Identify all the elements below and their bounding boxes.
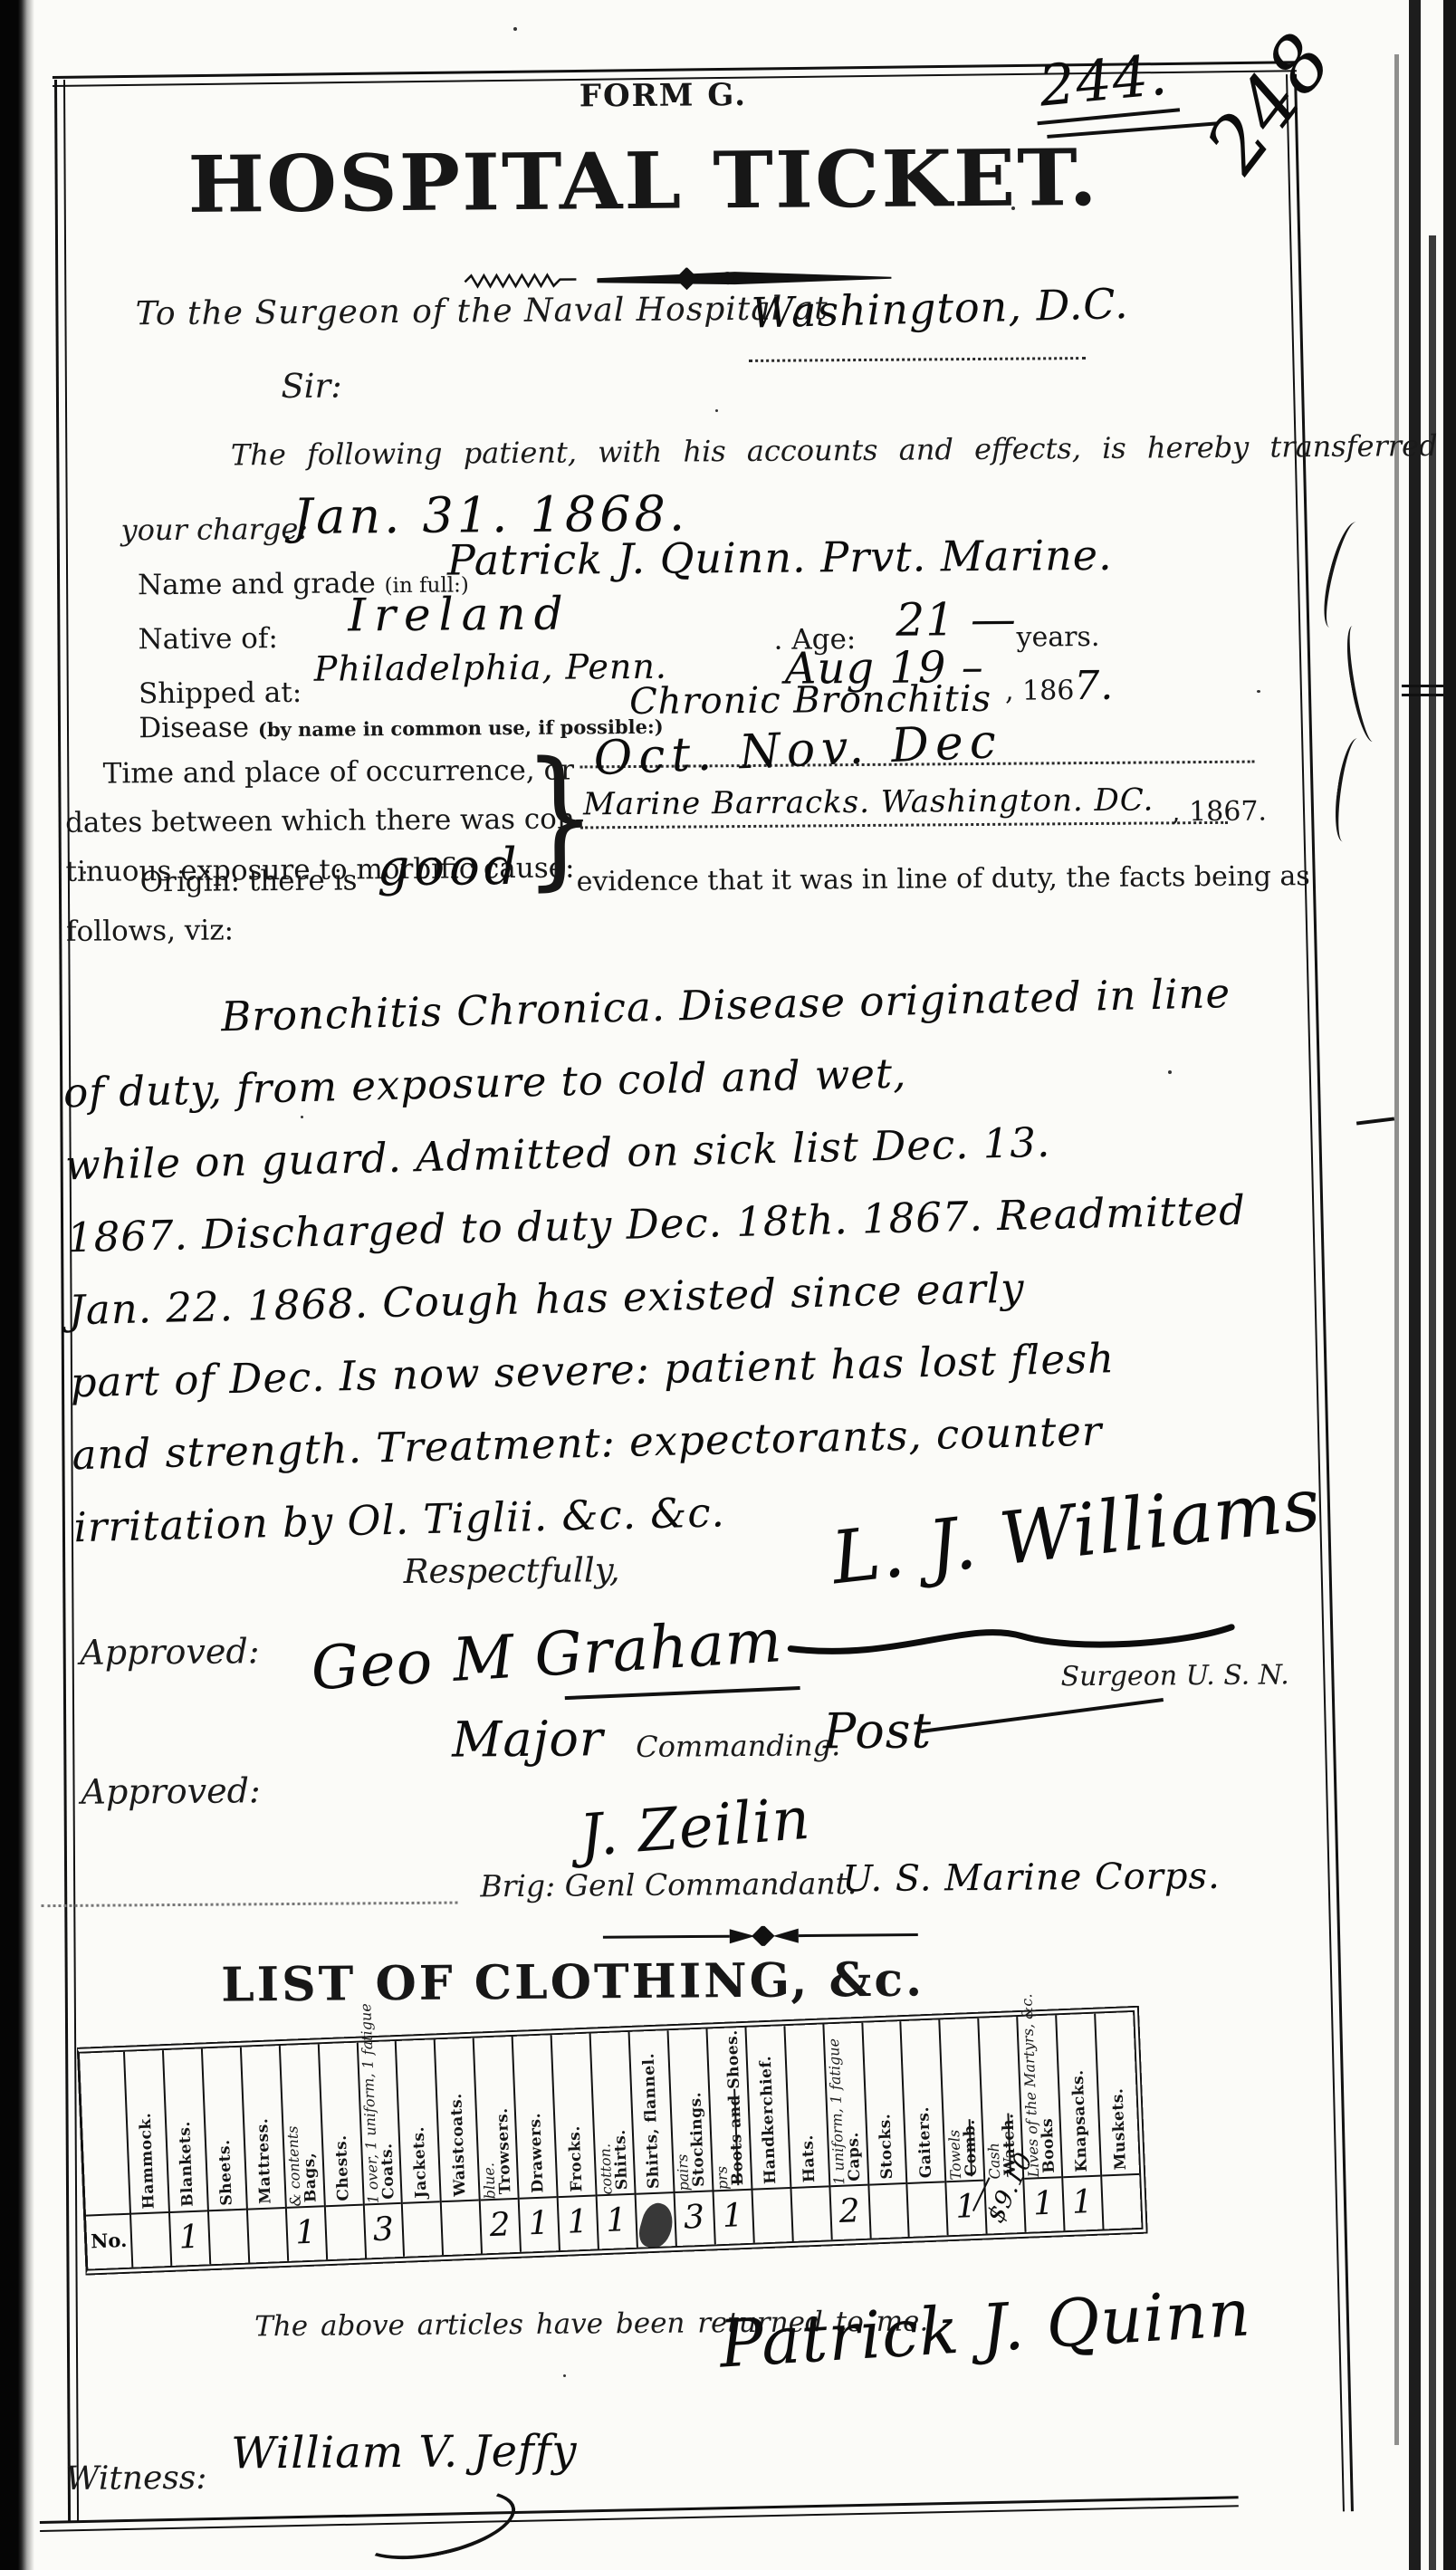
- timeplace-label-line2: dates between which there was con-: [65, 802, 584, 839]
- clothing-column-value: [869, 2182, 908, 2239]
- salutation-prefix: To the Surgeon of the Naval Hospital at: [136, 290, 829, 332]
- clothing-column-label: Books: [1038, 2118, 1058, 2178]
- clothing-column-header: Gaiters.: [902, 2019, 945, 2182]
- clothing-column-label: Gaiters.: [915, 2106, 935, 2182]
- clothing-title: LIST OF CLOTHING, &c.: [221, 1952, 924, 2013]
- clothing-column-value: [325, 2204, 364, 2260]
- clothing-column-value: [248, 2207, 287, 2263]
- clothing-column-label: Hats.: [799, 2134, 819, 2187]
- clothing-column-label: Shirts, flannel.: [640, 2053, 664, 2193]
- approval1-label: Approved:: [80, 1631, 260, 1673]
- clothing-column-label: Shirts.: [610, 2129, 631, 2194]
- origin-prefix: Origin: there is: [139, 864, 357, 898]
- clothing-column-header: Hammock.: [125, 2050, 168, 2212]
- origin-value: good: [377, 838, 522, 897]
- name-value: Patrick J. Quinn. Prvt. Marine.: [447, 531, 1113, 585]
- clothing-column-value: 2: [481, 2198, 520, 2254]
- shipped-value: Philadelphia, Penn.: [314, 647, 667, 689]
- timeplace-year: , 1867.: [1172, 795, 1267, 828]
- clothing-column-label: Waistcoats.: [447, 2093, 470, 2201]
- clothing-column-note: 1 uniform, 1 fatigue: [828, 2038, 846, 2185]
- clothing-column-note: cotton.: [599, 2143, 613, 2194]
- clothing-column-header: Lives of the Martyrs, &c.Books: [1018, 2015, 1061, 2177]
- approval1-signature-tail: [565, 1686, 800, 1700]
- clothing-column-label: Trowsers.: [493, 2107, 514, 2198]
- row-label: No.: [86, 2213, 131, 2269]
- clothing-column-header: prsBoots and Shoes.: [707, 2028, 751, 2190]
- clothing-column-header: 1 over, 1 uniform, 1 fatigueCoats.: [358, 2041, 401, 2203]
- page-title: HOSPITAL TICKET.: [97, 131, 1190, 231]
- salutation-location: Washington, D.C.: [751, 279, 1129, 338]
- statement-line: irritation by Ol. Tiglii. &c. &c.: [73, 1488, 725, 1551]
- clothing-column-label: Muskets.: [1108, 2088, 1130, 2174]
- clothing-column-label: Coats.: [378, 2143, 398, 2203]
- clothing-column-header: blue.Trowsers.: [474, 2037, 518, 2199]
- section-ornament: [603, 1925, 920, 1948]
- statement-line: of duty, from exposure to cold and wet,: [63, 1049, 907, 1117]
- origin-suffix: evidence that it was in line of duty, th…: [577, 860, 1310, 897]
- clothing-column-label: Hammock.: [137, 2112, 158, 2212]
- origin-suffix2: follows, viz:: [66, 914, 234, 947]
- clothing-column-label: Handkerchief.: [757, 2056, 781, 2189]
- clothing-column-label: Comb.: [960, 2119, 981, 2181]
- returned-signature: Patrick J. Quinn: [717, 2274, 1253, 2382]
- approval1-suffix: Post: [823, 1702, 933, 1760]
- name-label-text: Name and grade: [138, 567, 376, 601]
- clothing-column-value: 1: [598, 2193, 637, 2249]
- approval2-printed: Brig: Genl Commandant.: [480, 1865, 857, 1904]
- clothing-column-header: Sheets.: [203, 2047, 246, 2210]
- approval1-printed: Commanding.: [636, 1728, 840, 1764]
- clothing-column-value: 1: [1063, 2175, 1102, 2231]
- clothing-column-label: Frocks.: [565, 2125, 586, 2196]
- clothing-column-label: Stockings.: [687, 2092, 709, 2191]
- witness-label: Witness:: [65, 2460, 206, 2498]
- clothing-column-value: 1: [520, 2196, 559, 2252]
- clothing-table: No. Hammock.Blankets.1Sheets.Mattress.& …: [77, 2006, 1148, 2276]
- statement-line: Bronchitis Chronica. Disease originated …: [221, 969, 1231, 1040]
- clothing-column-value: 3: [675, 2190, 714, 2246]
- clothing-column-value: [791, 2185, 830, 2241]
- clothing-column-label: Drawers.: [526, 2113, 548, 2197]
- clothing-column-label: Jackets.: [409, 2125, 430, 2201]
- shipped-year-printed: , 186: [1005, 675, 1075, 707]
- clothing-column-label: Caps.: [844, 2131, 864, 2184]
- witness-name: William V. Jeffy: [231, 2426, 578, 2479]
- clothing-column-header: Jackets.: [397, 2039, 440, 2201]
- approval2-suffix: U. S. Marine Corps.: [842, 1856, 1221, 1900]
- statement-line: 1867. Discharged to duty Dec. 18th. 1867…: [66, 1186, 1246, 1262]
- timeplace-dotted-line2: [580, 821, 1228, 829]
- clothing-column-header: Blankets.: [164, 2048, 207, 2210]
- approval1-flourish: [921, 1698, 1164, 1733]
- clothing-column-value: [131, 2211, 170, 2268]
- clothing-column-header: Hats.: [785, 2025, 829, 2187]
- clothing-column-header: Knapsacks.: [1057, 2014, 1100, 2176]
- disease-value: Chronic Bronchitis: [629, 678, 991, 723]
- clothing-column-header: TowelsComb.: [941, 2019, 984, 2181]
- clothing-row-label-column: No.: [80, 2052, 131, 2269]
- clothing-column-header: cotton.Shirts.: [591, 2032, 635, 2194]
- medical-statement: Bronchitis Chronica. Disease originated …: [62, 968, 1279, 1576]
- corner-number: 248: [1189, 17, 1349, 188]
- clothing-column-value: [403, 2201, 442, 2257]
- clothing-column-label: Bags,: [301, 2152, 321, 2206]
- clothing-column-value: 1: [287, 2205, 326, 2261]
- clothing-column-header: Chests.: [319, 2043, 362, 2205]
- shipped-year: , 1867.: [1005, 663, 1115, 710]
- clothing-column-value: 1: [170, 2210, 209, 2266]
- clothing-column-note: blue.: [483, 2162, 497, 2200]
- timeplace-value2: Marine Barracks. Washington. DC.: [583, 782, 1154, 822]
- clothing-column-note: Cash: [987, 2143, 1001, 2180]
- faint-dotted-mark: [42, 1902, 458, 1908]
- statement-line: Jan. 22. 1868. Cough has existed since e…: [68, 1263, 1025, 1334]
- clothing-column-value: 1: [714, 2189, 752, 2245]
- native-value: Ireland: [348, 588, 571, 642]
- statement-line: part of Dec. Is now severe: patient has …: [70, 1334, 1116, 1406]
- clothing-column-value: 1: [559, 2194, 598, 2250]
- clothing-column-header: Mattress.: [242, 2046, 285, 2208]
- shipped-label: Shipped at:: [139, 676, 302, 710]
- form-label: FORM G.: [580, 77, 747, 114]
- clothing-column-value: [442, 2200, 481, 2256]
- timeplace-label-line1: Time and place of occurrence, or: [103, 754, 575, 791]
- empty-header-cell: [80, 2052, 129, 2215]
- clothing-column: Muskets.: [1094, 2012, 1141, 2230]
- shipped-year-hand: 7.: [1074, 663, 1114, 709]
- age-value: 21 —: [896, 593, 1017, 647]
- clothing-column-header: Waistcoats.: [436, 2038, 479, 2201]
- age-suffix: years.: [1016, 621, 1099, 654]
- surgeon-title: Surgeon U. S. N.: [1060, 1659, 1288, 1693]
- clothing-column-note: 1 over, 1 uniform, 1 fatigue: [359, 2003, 380, 2204]
- clothing-column-value: [908, 2181, 947, 2237]
- clothing-column-value: 3: [364, 2202, 403, 2258]
- salutation-dotted-line: [749, 357, 1086, 362]
- clothing-column-header: pairsStockings.: [668, 2029, 712, 2191]
- clothing-column-header: Drawers.: [513, 2035, 557, 2197]
- clothing-column-value: [209, 2209, 248, 2265]
- clothing-column-header: Shirts, flannel.: [630, 2030, 674, 2192]
- scanned-hospital-ticket: FORM G. 244. 248 HOSPITAL TICKET. To the…: [0, 0, 1456, 2570]
- salutation-greeting: Sir:: [281, 367, 342, 407]
- clothing-column-header: Frocks.: [552, 2034, 596, 2196]
- clothing-column-note: Lives of the Martyrs, &c.: [1020, 1994, 1040, 2178]
- clothing-column-label: Stocks.: [876, 2114, 896, 2183]
- clothing-column-label: Mattress.: [254, 2118, 275, 2209]
- native-label: Native of:: [138, 622, 278, 656]
- clothing-column-value: 2: [830, 2184, 869, 2240]
- clothing-column-label: Blankets.: [176, 2121, 197, 2210]
- clothing-column-header: Muskets.: [1096, 2012, 1139, 2174]
- signature-flourish: [786, 1609, 1239, 1658]
- ticket-number: 244.: [1030, 41, 1180, 126]
- clothing-column-header: & contentsBags,: [281, 2044, 324, 2206]
- clothing-column-header: Handkerchief.: [746, 2026, 790, 2188]
- clothing-column-header: Stocks.: [863, 2021, 906, 2183]
- witness-flourish: [351, 2477, 522, 2570]
- transfer-line2: your charge:: [120, 512, 308, 548]
- clothing-column-label: Knapsacks.: [1068, 2069, 1091, 2176]
- approval2-label: Approved:: [81, 1770, 261, 1812]
- clothing-column-value: [1102, 2173, 1141, 2230]
- approval2-signature: J. Zeilin: [577, 1786, 812, 1871]
- clothing-column-label: Chests.: [332, 2134, 353, 2205]
- respectfully-label: Respectfully,: [403, 1550, 619, 1591]
- statement-line: and strength. Treatment: expectorants, c…: [72, 1406, 1103, 1479]
- disease-label-text: Disease: [139, 711, 249, 744]
- clothing-column-label: Sheets.: [216, 2139, 236, 2210]
- statement-line: while on guard. Admitted on sick list De…: [64, 1118, 1050, 1190]
- clothing-column-header: 1 uniform, 1 fatigueCaps.: [824, 2023, 867, 2185]
- clothing-column-value: [752, 2187, 791, 2243]
- approval1-rank: Major: [452, 1710, 604, 1768]
- clothing-column-note: prs: [716, 2166, 730, 2191]
- transfer-line1: The following patient, with his accounts…: [231, 428, 1456, 473]
